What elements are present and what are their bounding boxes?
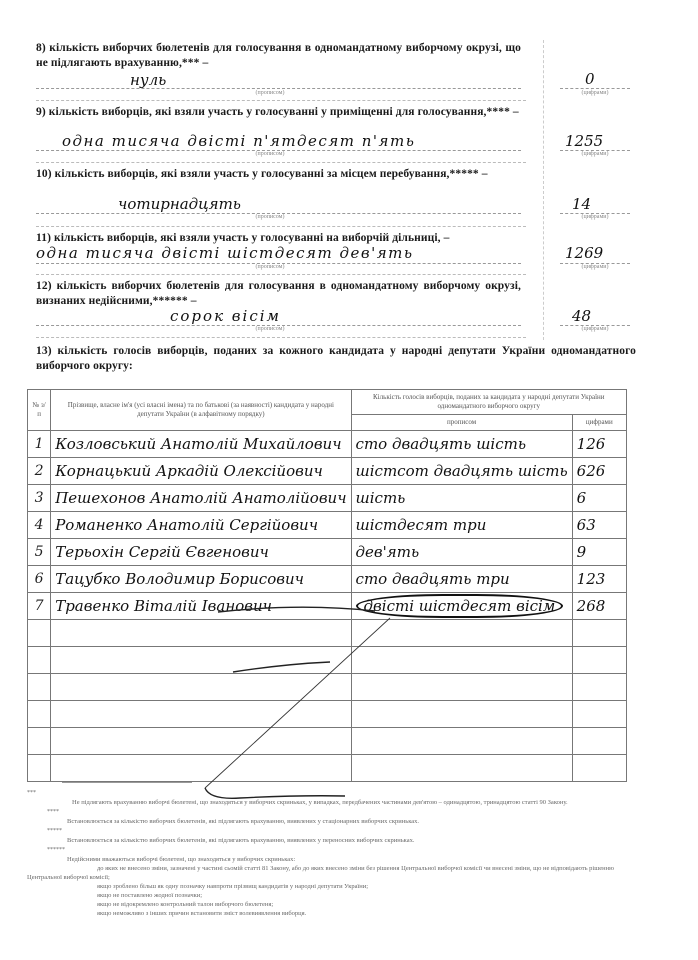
footnote-text: Недійсними вважаються виборчі бюлетені, … (67, 855, 627, 864)
footnote-stars: **** (47, 809, 59, 815)
footnote-stars: ***** (47, 828, 62, 834)
invalid-reason: до яких не внесено зміни, зазначені у ча… (27, 864, 627, 882)
footnote-stars: *** (27, 790, 36, 796)
invalid-reason: якщо зроблено більш як одну позначку нав… (97, 882, 627, 891)
invalid-reason: якщо не поставлено жодної позначки; (97, 891, 627, 900)
invalid-reason: якщо неможливо з інших причин встановити… (97, 909, 627, 918)
footnote-stars: ****** (47, 847, 65, 853)
footnote-text: Не підлягають врахуванню виборчі бюлетен… (27, 798, 627, 807)
footnote-text: Встановлюється за кількістю виборчих бюл… (67, 836, 627, 845)
footnote-text: Встановлюється за кількістю виборчих бюл… (67, 817, 627, 826)
footnotes: *** Не підлягають врахуванню виборчі бюл… (27, 788, 627, 918)
invalid-reason: якщо не відокремлено контрольний талон в… (97, 900, 627, 909)
footnote-rule (62, 782, 192, 783)
